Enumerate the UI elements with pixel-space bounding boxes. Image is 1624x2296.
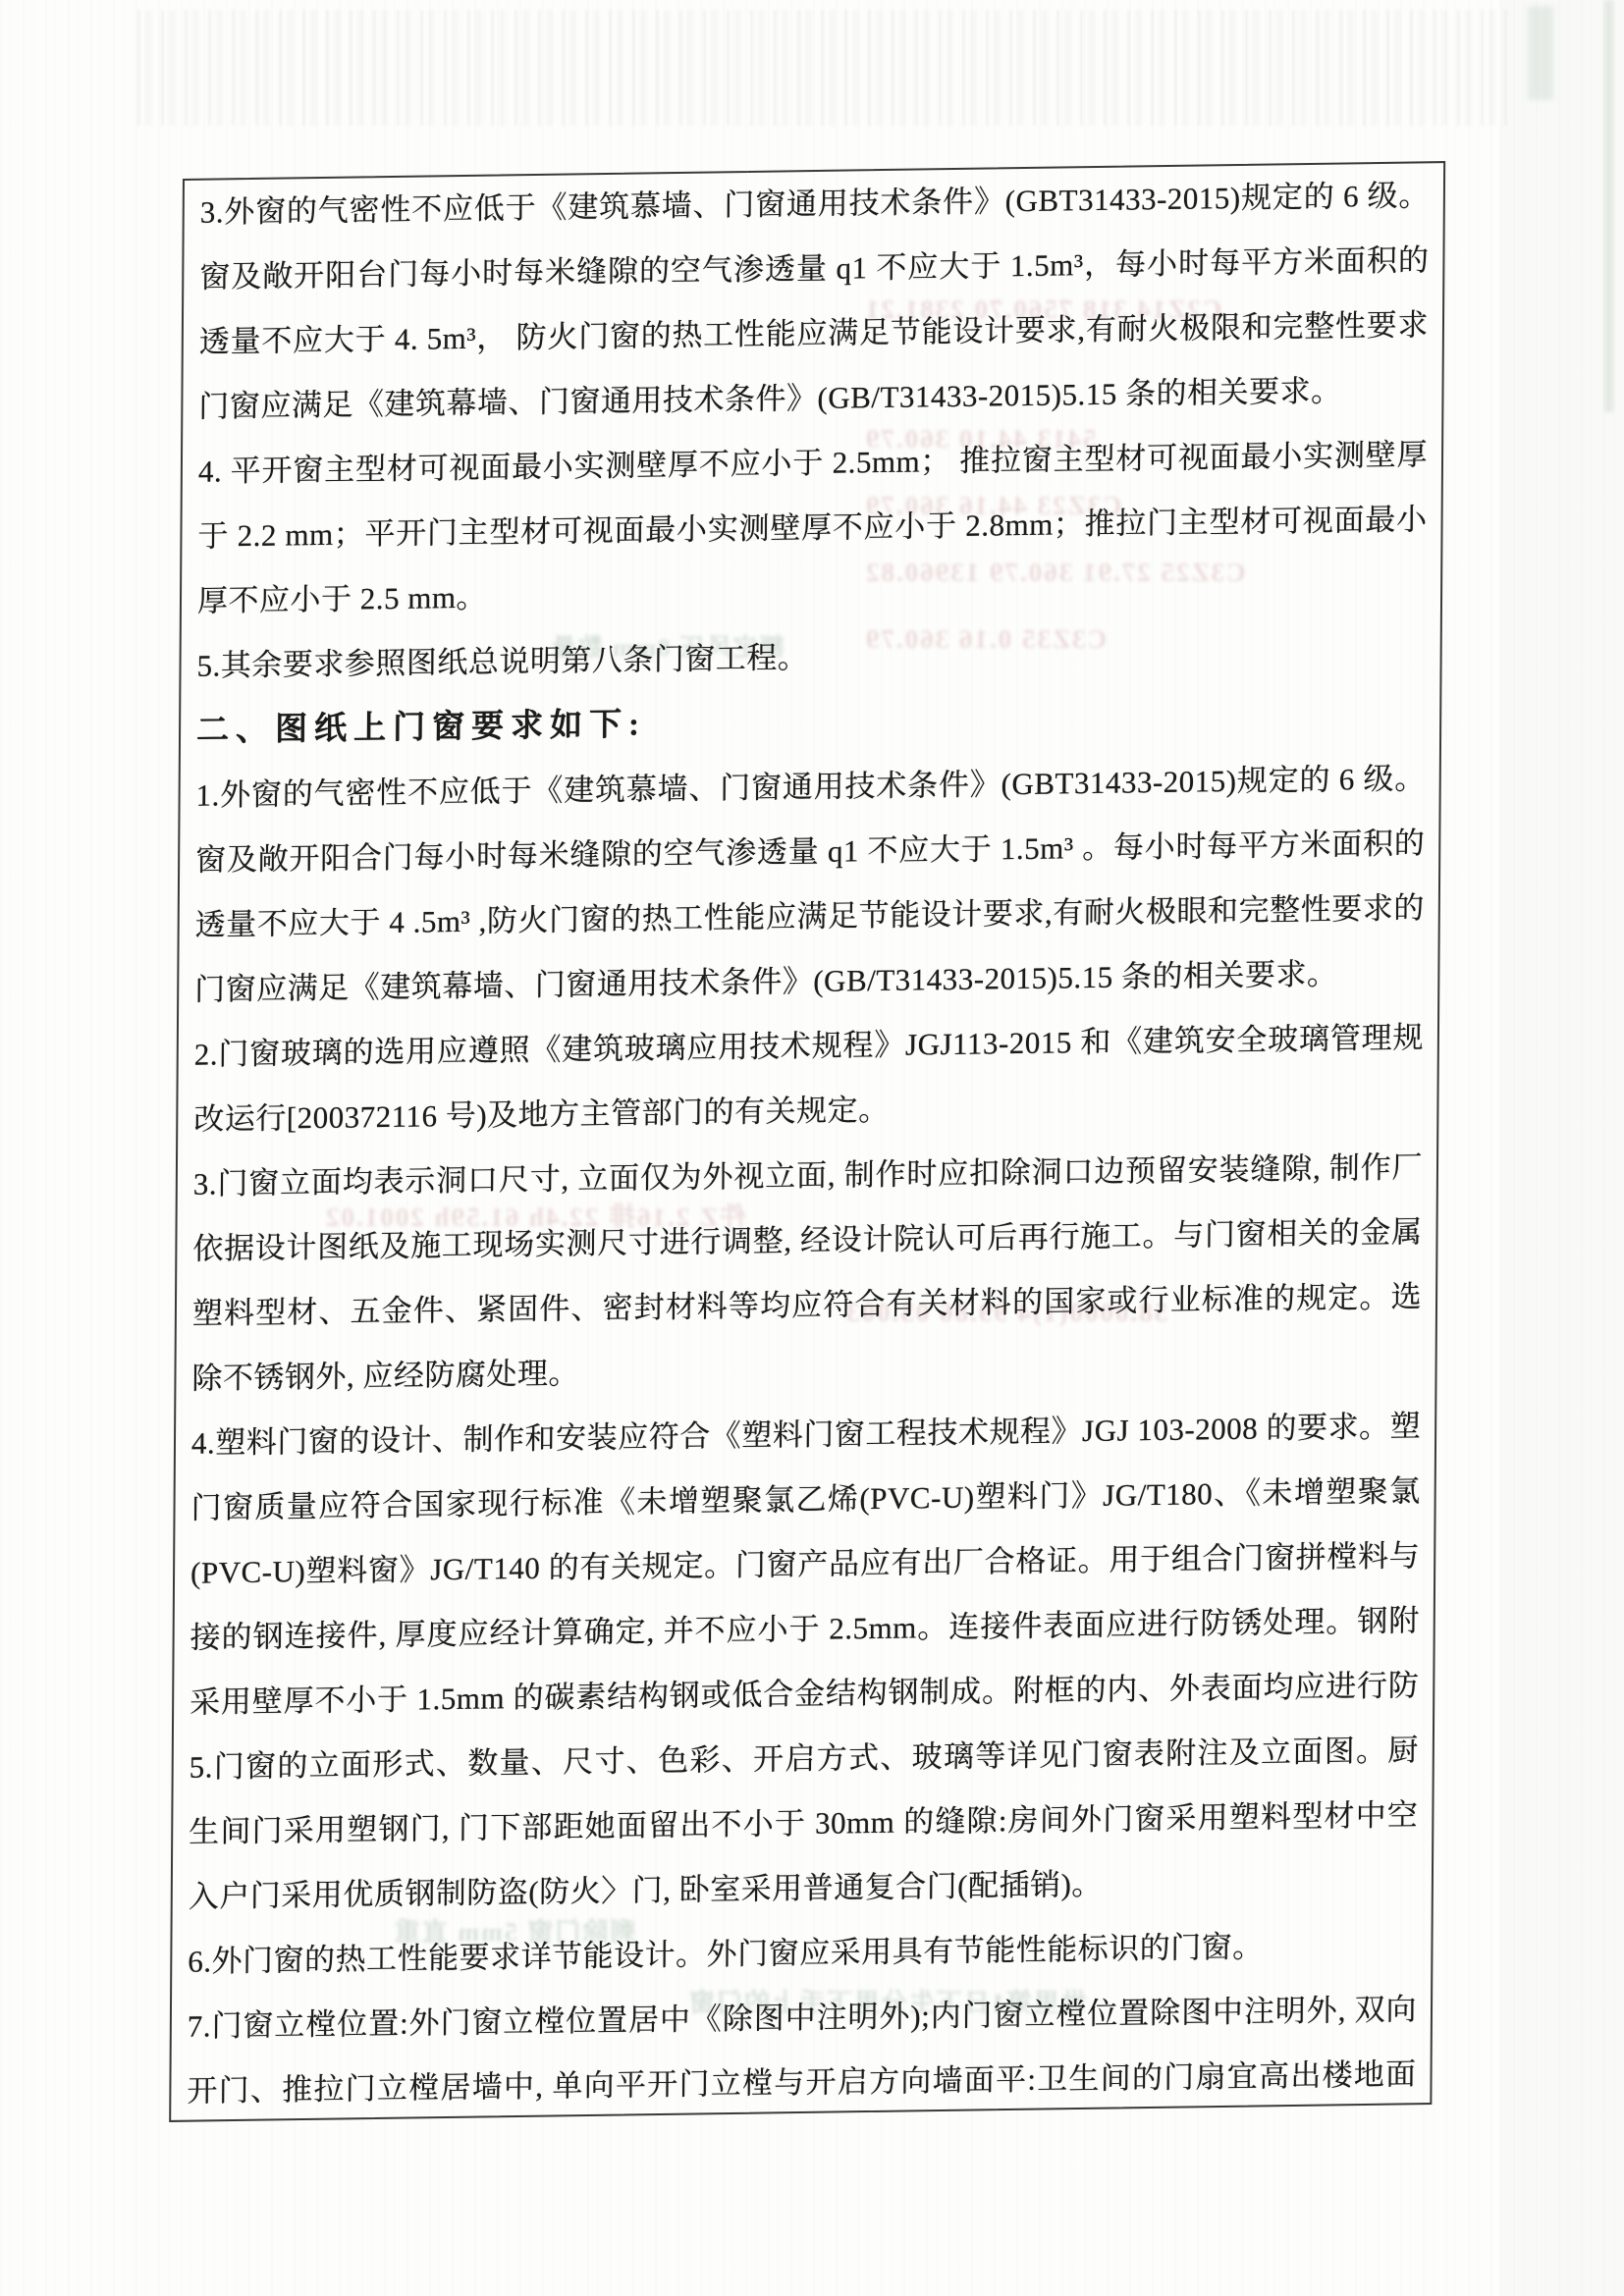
scan-streak: [1528, 6, 1553, 100]
document-frame: 3.外窗的气密性不应低于《建筑慕墙、门窗通用技术条件》(GBT31433-201…: [169, 161, 1445, 2122]
scanned-page: C2Z14 318 7560.70 2381.21 5413 44.10 360…: [0, 0, 1624, 2296]
scan-streak: [1604, 0, 1613, 412]
scan-noise-top-band: [137, 10, 1512, 126]
